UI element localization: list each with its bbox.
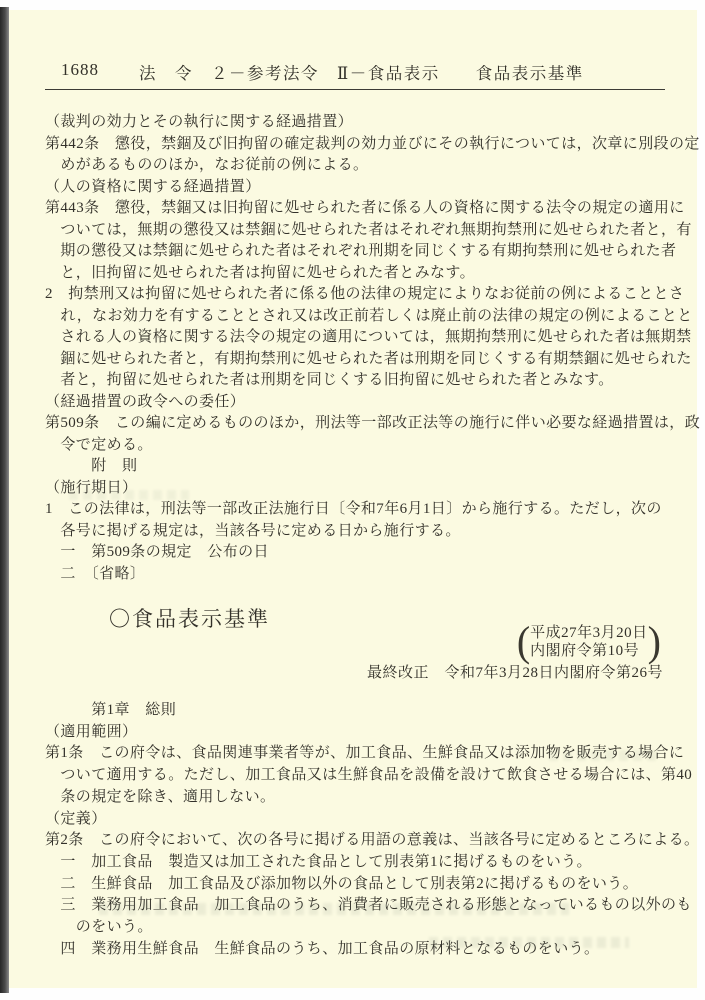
text-line: のをいう。 [45, 917, 675, 939]
text-line: れ，なお効力を有することとされ又は改正前若しくは廃止前の法律の規定の例によること… [45, 306, 675, 328]
text-line: 期の懲役又は禁錮に処せられた者はそれぞれ刑期を同じくする有期拘禁刑に処せられた者 [45, 241, 675, 263]
text-line: （経過措置の政令への委任） [45, 392, 675, 414]
chapter-heading: 第1章 総則 [45, 700, 675, 722]
enactment-lines: 平成27年3月20日 内閣府令第10号 [530, 624, 648, 661]
text-line: （人の資格に関する経過措置） [45, 177, 675, 199]
scan-edge-shadow [0, 7, 9, 993]
enactment-date-block: ( 平成27年3月20日 内閣府令第10号 ) [517, 622, 661, 662]
text-line: 第443条 懲役，禁錮又は旧拘留に処せられた者に係る人の資格に関する法令の規定の… [45, 198, 675, 220]
text-line: 1 この法律は，刑法等一部改正法施行日〔令和7年6月1日〕から施行する。ただし，… [45, 499, 675, 521]
text-line: 錮に処せられた者と，有期拘禁刑に処せられた者は刑期を同じくする有期禁錮に処せられ… [45, 349, 675, 371]
transitional-provisions-block: （裁判の効力とその執行に関する経過措置） 第442条 懲役，禁錮及び旧拘留の確定… [45, 112, 675, 585]
text-line: （裁判の効力とその執行に関する経過措置） [45, 112, 675, 134]
text-line: ついて適用する。ただし、加工食品又は生鮮食品を設備を設けて飲食させる場合には、第… [45, 765, 675, 787]
document-page: 1688 法 令 ２－参考法令 Ⅱ－食品表示 食品表示基準 （裁判の効力とその執… [9, 10, 697, 988]
last-amendment: 最終改正 令和7年3月28日内閣府令第26号 [367, 661, 663, 682]
text-line: 者と，拘留に処せられた者は刑期を同じくする旧拘留に処せられた者とみなす。 [45, 370, 675, 392]
text-line: 一 加工食品 製造又は加工された食品として別表第1に掲げるものをいう。 [45, 852, 675, 874]
food-labeling-standard-block: 第1章 総則 （適用範囲） 第1条 この府令は、食品関連事業者等が、加工食品、生… [45, 700, 675, 960]
text-line: 第1条 この府令は、食品関連事業者等が、加工食品、生鮮食品又は添加物を販売する場… [45, 743, 675, 765]
text-line: 四 業務用生鮮食品 生鮮食品のうち、加工食品の原材料となるものをいう。 [45, 939, 675, 961]
scanned-law-page: { "header": { "page_number": "1688", "ti… [0, 0, 705, 1000]
text-line: 第2条 この府令において、次の各号に掲げる用語の意義は、当該各号に定めるところに… [45, 830, 675, 852]
text-line: 2 拘禁刑又は拘留に処せられた者に係る他の法律の規定によりなお従前の例によること… [45, 284, 675, 306]
text-line: ついては，無期の懲役又は禁錮に処せられた者はそれぞれ無期拘禁刑に処せられた者と，… [45, 220, 675, 242]
text-line: （施行期日） [45, 478, 675, 500]
document-title: 〇食品表示基準 [109, 603, 270, 633]
text-line: 二 〔省略〕 [45, 564, 675, 586]
text-line: 第442条 懲役，禁錮及び旧拘留の確定裁判の効力並びにその執行については，次章に… [45, 134, 675, 156]
text-line: 二 生鮮食品 加工食品及び添加物以外の食品として別表第2に掲げるものをいう。 [45, 874, 675, 896]
supplementary-provisions-heading: 附 則 [45, 456, 675, 478]
page-number: 1688 [61, 60, 99, 80]
open-paren: ( [517, 621, 530, 663]
text-line: 条の規定を除き、適用しない。 [45, 787, 675, 809]
header-rule [45, 89, 665, 90]
text-line: 三 業務用加工食品 加工食品のうち、消費者に販売される形態となっているもの以外の… [45, 895, 675, 917]
close-paren: ) [648, 621, 661, 663]
text-line: （定義） [45, 809, 675, 831]
text-line: 各号に掲げる規定は，当該各号に定める日から施行する。 [45, 521, 675, 543]
enactment-date: 平成27年3月20日 [530, 624, 648, 643]
text-line: めがあるもののほか，なお従前の例による。 [45, 155, 675, 177]
text-line: 一 第509条の規定 公布の日 [45, 542, 675, 564]
text-line: と，旧拘留に処せられた者は拘留に処せられた者とみなす。 [45, 263, 675, 285]
running-header: 法 令 ２－参考法令 Ⅱ－食品表示 食品表示基準 [139, 60, 584, 84]
text-line: される人の資格に関する法令の規定の適用については，無期拘禁刑に処せられた者は無期… [45, 327, 675, 349]
enactment-ordinance: 内閣府令第10号 [530, 642, 648, 661]
text-line: 令で定める。 [45, 435, 675, 457]
text-line: （適用範囲） [45, 722, 675, 744]
text-line: 第509条 この編に定めるもののほか，刑法等一部改正法等の施行に伴い必要な経過措… [45, 413, 675, 435]
